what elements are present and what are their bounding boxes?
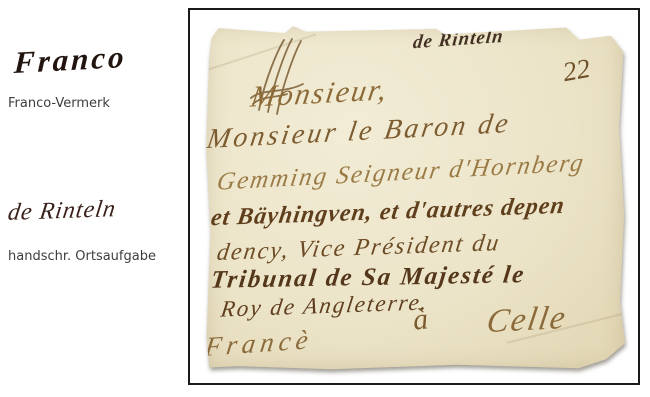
address-line: et Bäyhingven, et d'autres depen	[209, 194, 566, 230]
address-line: Gemming Seigneur d'Hornberg	[215, 150, 587, 195]
envelope-photo-frame: de Rinteln 22 Monsieur,	[188, 8, 640, 385]
franco-specimen-label: Franco-Vermerk	[8, 96, 110, 111]
address-line: Monsieur,	[249, 75, 391, 112]
handwritten-direction-mark: à	[411, 304, 429, 335]
page: Franco Franco-Vermerk de Rinteln handsch…	[0, 0, 650, 397]
envelope-paper: de Rinteln 22 Monsieur,	[205, 24, 625, 371]
rinteln-script-specimen: de Rinteln	[6, 196, 118, 227]
rinteln-specimen-label: handschr. Ortsaufgabe	[8, 249, 156, 264]
handwritten-franco-mark: Francè	[203, 326, 315, 361]
address-line: Tribunal de Sa Majesté le	[209, 262, 526, 293]
handwritten-postage-number: 22	[561, 55, 592, 86]
address-line: dency, Vice Président du	[215, 231, 502, 265]
franco-script-specimen: Franco	[13, 39, 127, 81]
handwritten-origin-note: de Rinteln	[412, 27, 505, 53]
envelope-image: de Rinteln 22 Monsieur,	[205, 24, 625, 371]
address-line: Roy de Angleterre.	[219, 290, 430, 320]
handwritten-destination: Celle	[484, 302, 569, 339]
